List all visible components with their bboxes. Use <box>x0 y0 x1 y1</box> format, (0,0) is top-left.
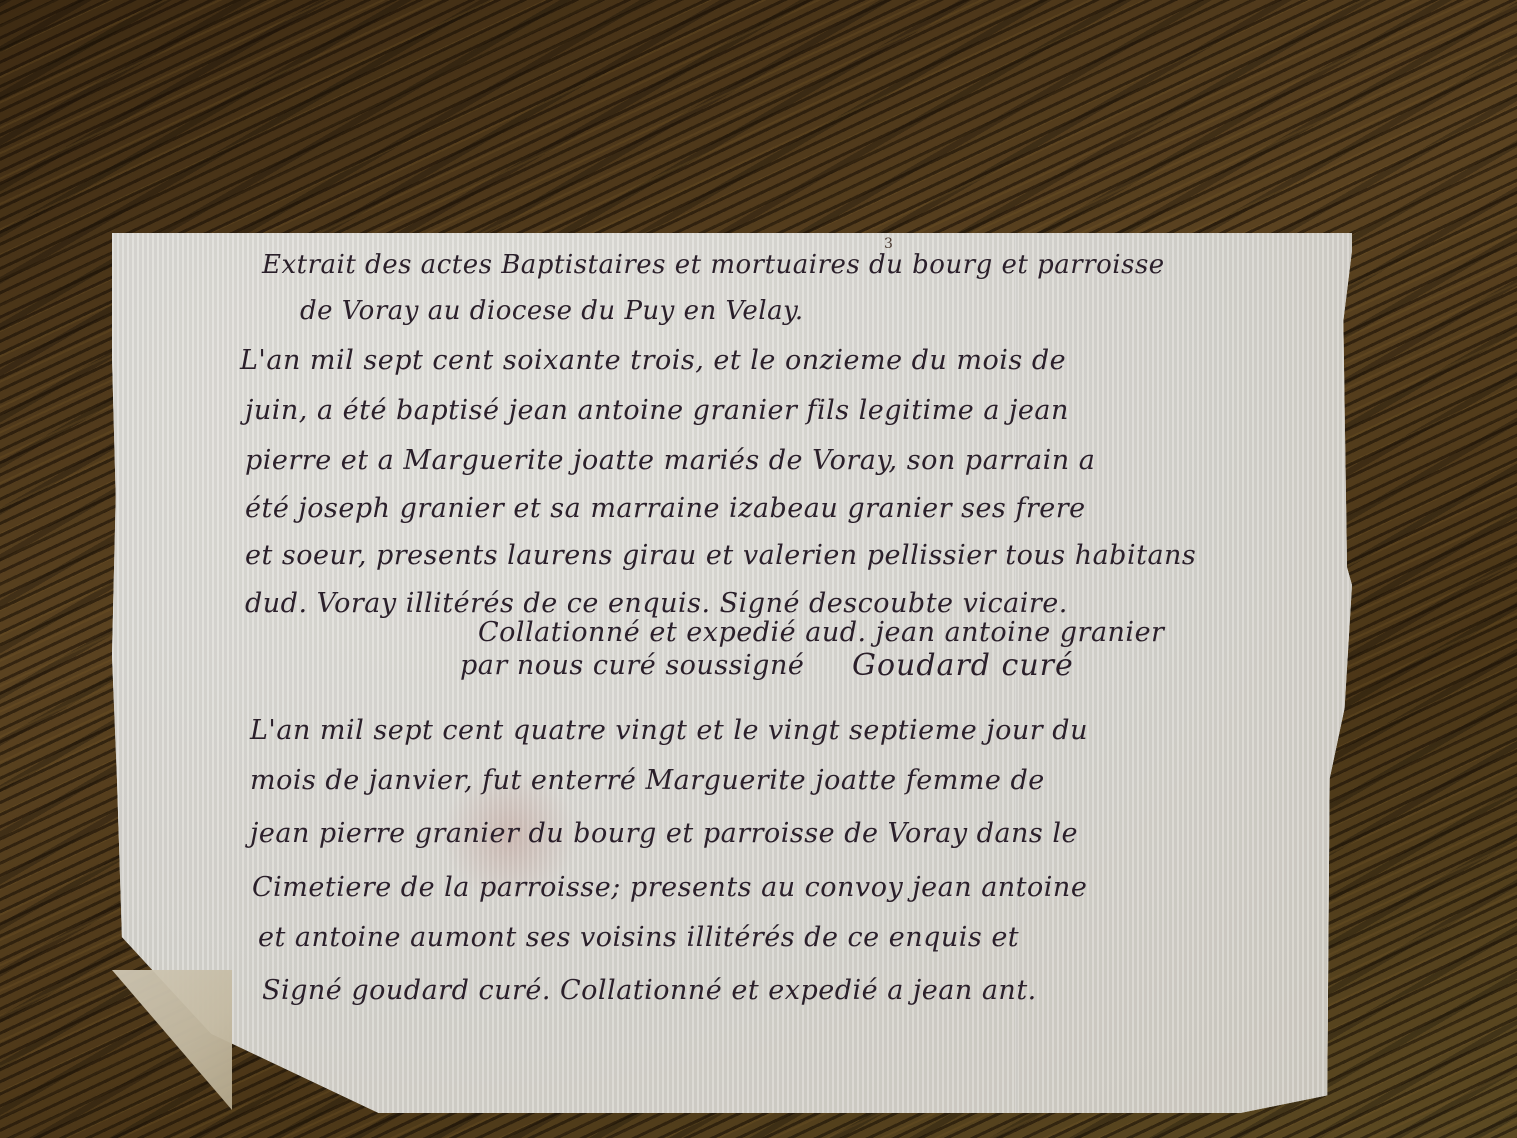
baptism-entry-line: et soeur, presents laurens girau et vale… <box>245 540 1196 571</box>
folded-corner <box>112 970 232 1110</box>
burial-entry-line: jean pierre granier du bourg et parroiss… <box>250 818 1078 849</box>
baptism-entry-line: juin, a été baptisé jean antoine granier… <box>245 395 1069 426</box>
burial-entry-line: mois de janvier, fut enterré Marguerite … <box>250 765 1045 796</box>
burial-entry-line: et antoine aumont ses voisins illitérés … <box>258 922 1019 953</box>
header-line: de Voray au diocese du Puy en Velay. <box>300 296 804 326</box>
baptism-entry-line: dud. Voray illitérés de ce enquis. Signé… <box>245 588 1068 619</box>
header-line: Extrait des actes Baptistaires et mortua… <box>262 250 1165 280</box>
baptism-entry-line: été joseph granier et sa marraine izabea… <box>245 493 1086 524</box>
certification-line: Collationné et expedié aud. jean antoine… <box>478 617 1164 648</box>
baptism-entry-line: pierre et a Marguerite joatte mariés de … <box>245 445 1095 476</box>
certification-line: par nous curé soussigné <box>460 650 804 681</box>
baptism-entry-line: L'an mil sept cent soixante trois, et le… <box>240 345 1066 376</box>
burial-entry-line: Cimetiere de la parroisse; presents au c… <box>252 872 1087 903</box>
curate-signature: Goudard curé <box>852 648 1074 683</box>
burial-entry-line: L'an mil sept cent quatre vingt et le vi… <box>250 715 1088 746</box>
burial-entry-line: Signé goudard curé. Collationné et exped… <box>262 975 1037 1006</box>
